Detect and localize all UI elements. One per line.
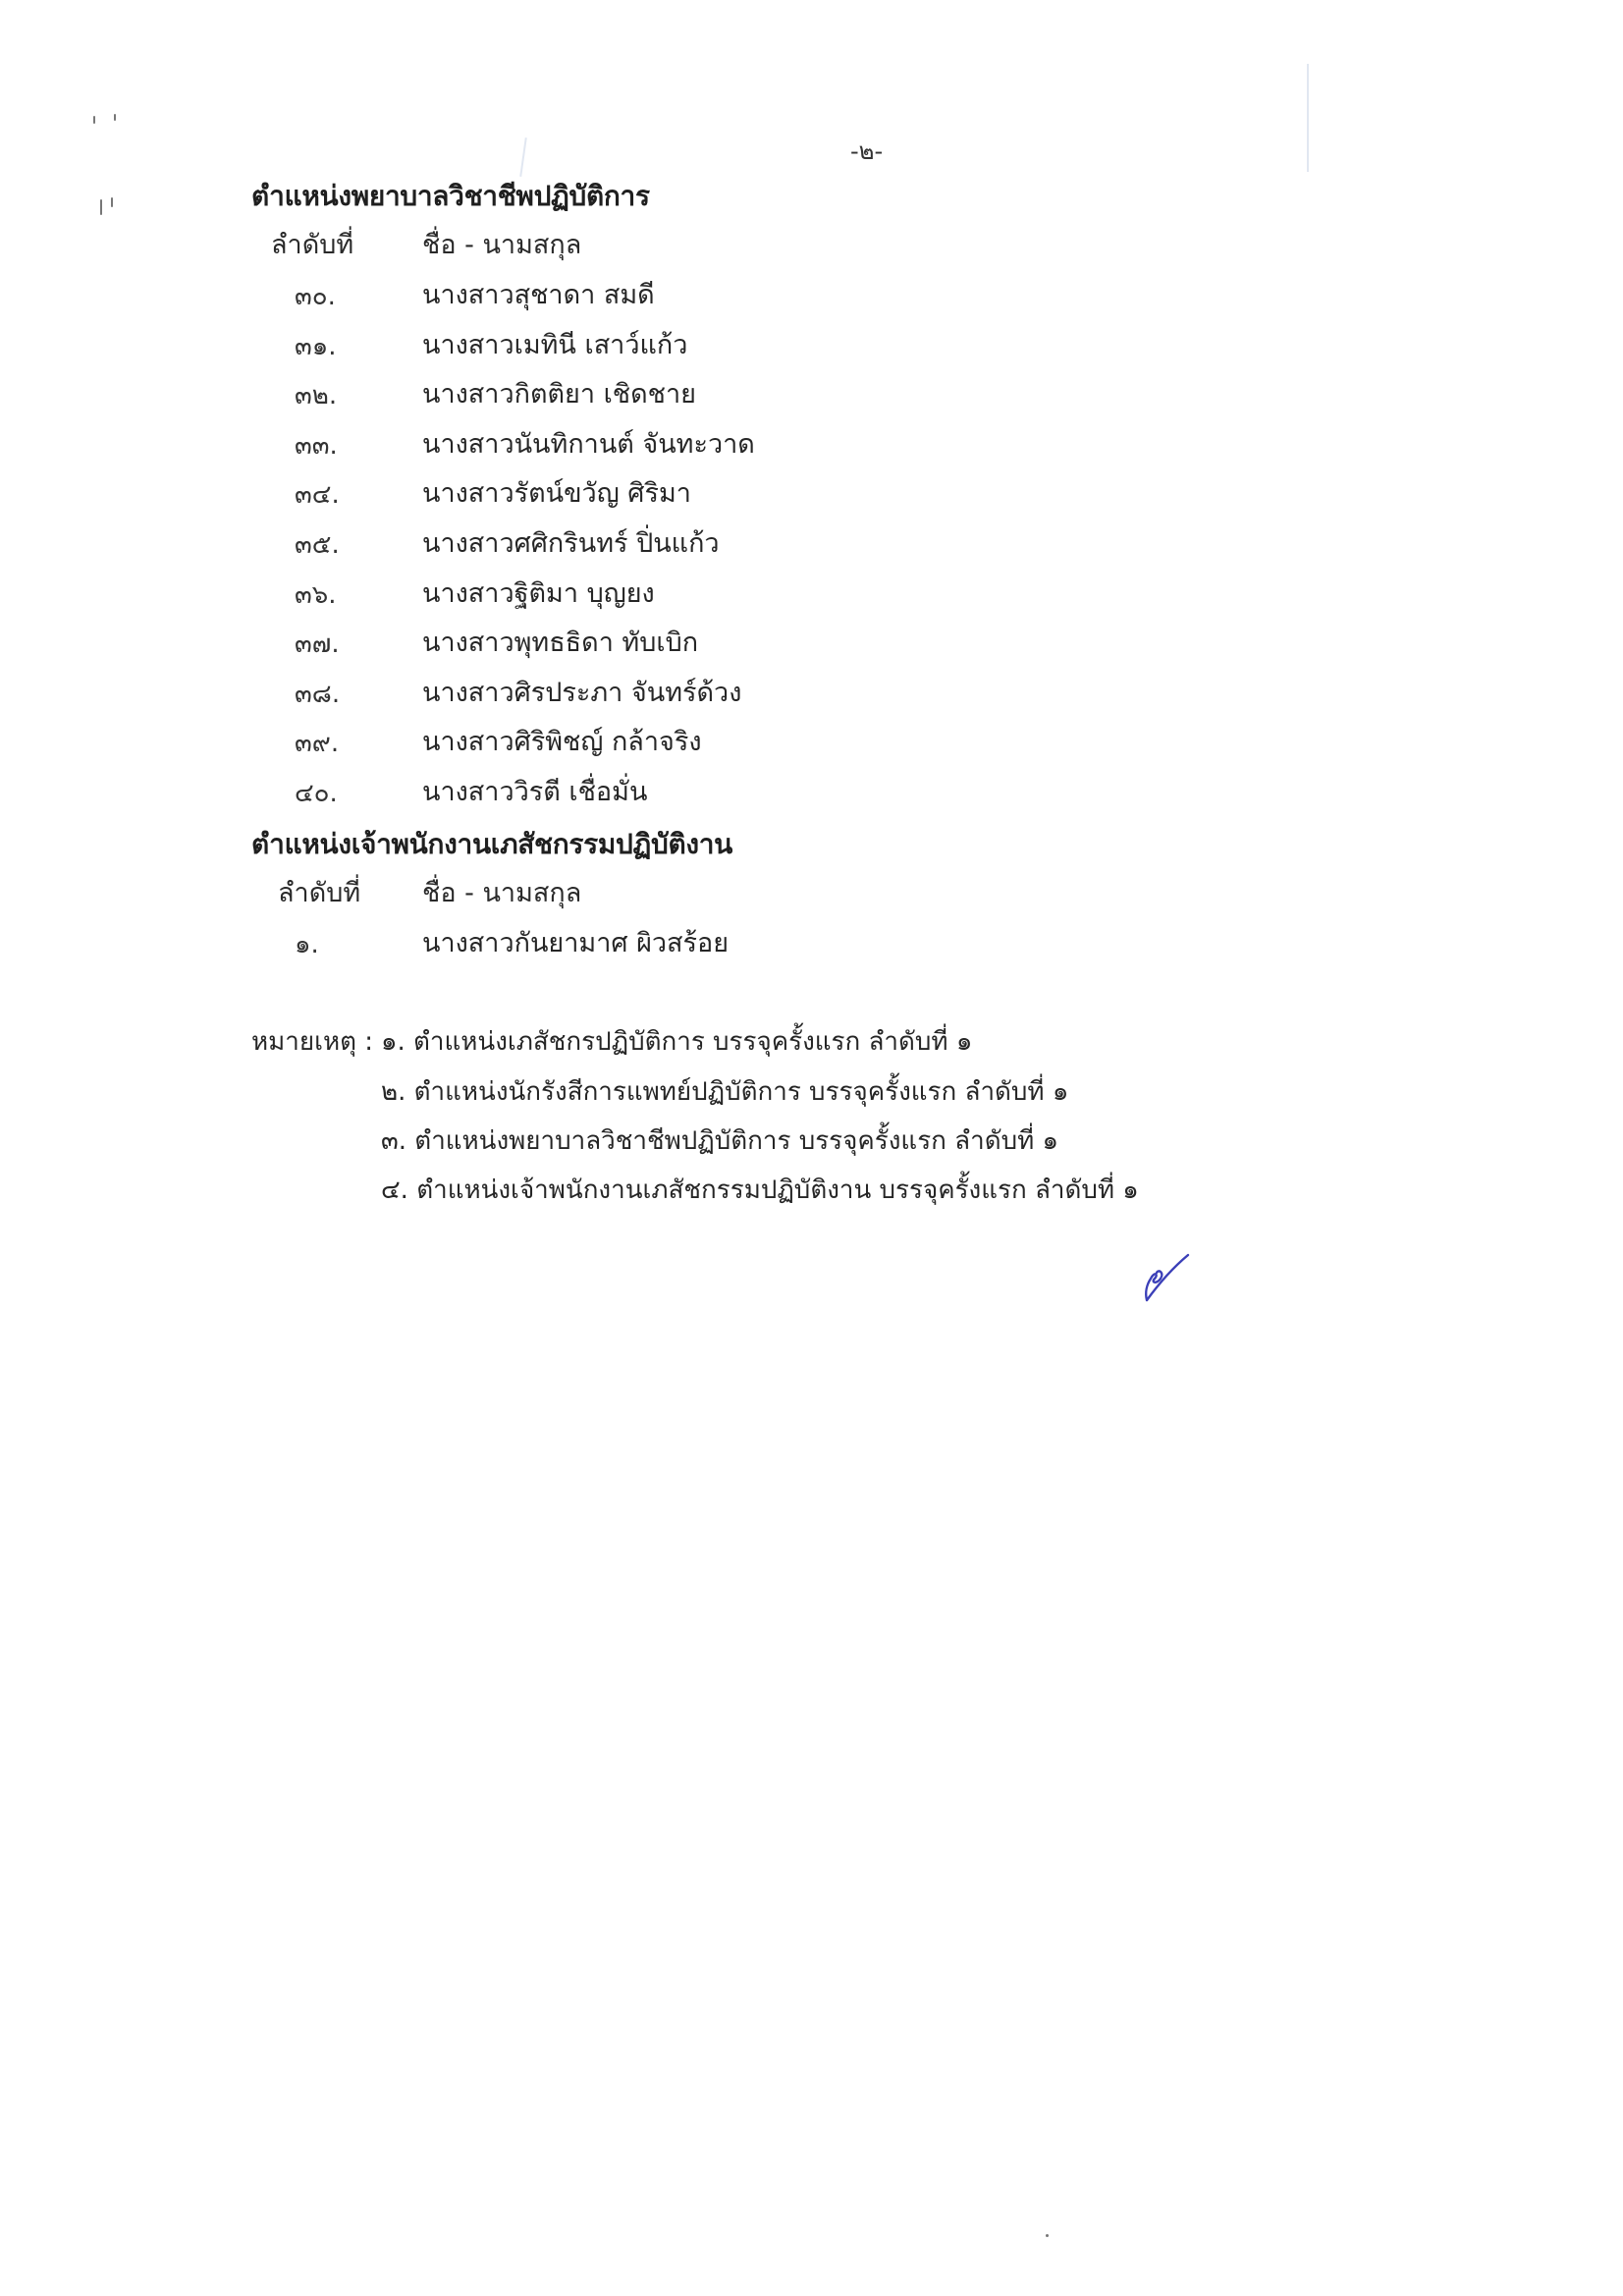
scan-artifact-line [1307, 64, 1309, 172]
order-number: ๑. [295, 932, 319, 957]
note-item: ๓. ตำแหน่งพยาบาลวิชาชีพปฏิบัติการ บรรจุค… [381, 1128, 1058, 1154]
person-name: นางสาวศิรประภา จันทร์ด้วง [422, 680, 741, 706]
column-header-name: ชื่อ - นามสกุล [422, 880, 581, 906]
column-header-name: ชื่อ - นามสกุล [422, 232, 581, 258]
order-number: ๓๐. [295, 284, 336, 309]
column-header-order: ลำดับที่ [278, 880, 360, 906]
scan-artifact-mark [114, 114, 116, 121]
note-item: ๒. ตำแหน่งนักรังสีการแพทย์ปฏิบัติการ บรร… [381, 1079, 1068, 1105]
order-number: ๔๐. [295, 781, 338, 806]
scan-artifact-mark [111, 197, 113, 207]
person-name: นางสาวศิริพิชญ์ กล้าจริง [422, 729, 702, 755]
page-number: -๒- [850, 139, 883, 163]
signature-mark [1131, 1249, 1192, 1304]
order-number: ๓๗. [295, 631, 340, 657]
person-name: นางสาววิรตี เชื่อมั่น [422, 779, 647, 805]
person-name: นางสาวกันยามาศ ผิวสร้อย [422, 930, 729, 957]
scan-artifact-line [519, 137, 527, 177]
scan-artifact-mark [100, 199, 102, 215]
order-number: ๓๖. [295, 582, 337, 608]
person-name: นางสาวสุชาดา สมดี [422, 282, 655, 308]
order-number: ๓๕. [295, 532, 340, 558]
person-name: นางสาวรัตน์ขวัญ ศิริมา [422, 480, 691, 507]
scan-artifact-mark [1046, 2234, 1049, 2237]
order-number: ๓๓. [295, 433, 338, 459]
order-number: ๓๙. [295, 731, 339, 756]
person-name: นางสาวพุทธธิดา ทับเบิก [422, 629, 698, 656]
section-heading: ตำแหน่งเจ้าพนักงานเภสัชกรรมปฏิบัติงาน [251, 831, 732, 858]
column-header-order: ลำดับที่ [271, 232, 353, 258]
scan-artifact-mark [93, 116, 95, 124]
order-number: ๓๒. [295, 383, 337, 409]
note-item: ๔. ตำแหน่งเจ้าพนักงานเภสัชกรรมปฏิบัติงาน… [381, 1177, 1139, 1203]
person-name: นางสาวเมทินี เสาว์แก้ว [422, 332, 687, 358]
person-name: นางสาวนันทิกานต์ จันทะวาด [422, 431, 755, 458]
document-page: -๒- ตำแหน่งพยาบาลวิชาชีพปฏิบัติการ ลำดับ… [0, 0, 1623, 2296]
order-number: ๓๑. [295, 334, 337, 359]
notes-label: หมายเหตุ : [251, 1029, 373, 1055]
note-item: ๑. ตำแหน่งเภสัชกรปฏิบัติการ บรรจุครั้งแร… [381, 1029, 972, 1055]
person-name: นางสาวกิตติยา เชิดชาย [422, 381, 696, 408]
section-heading: ตำแหน่งพยาบาลวิชาชีพปฏิบัติการ [251, 183, 650, 210]
person-name: นางสาวฐิติมา บุญยง [422, 580, 655, 607]
order-number: ๓๔. [295, 482, 340, 508]
order-number: ๓๘. [295, 682, 340, 707]
person-name: นางสาวศศิกรินทร์ ปิ่นแก้ว [422, 530, 720, 557]
